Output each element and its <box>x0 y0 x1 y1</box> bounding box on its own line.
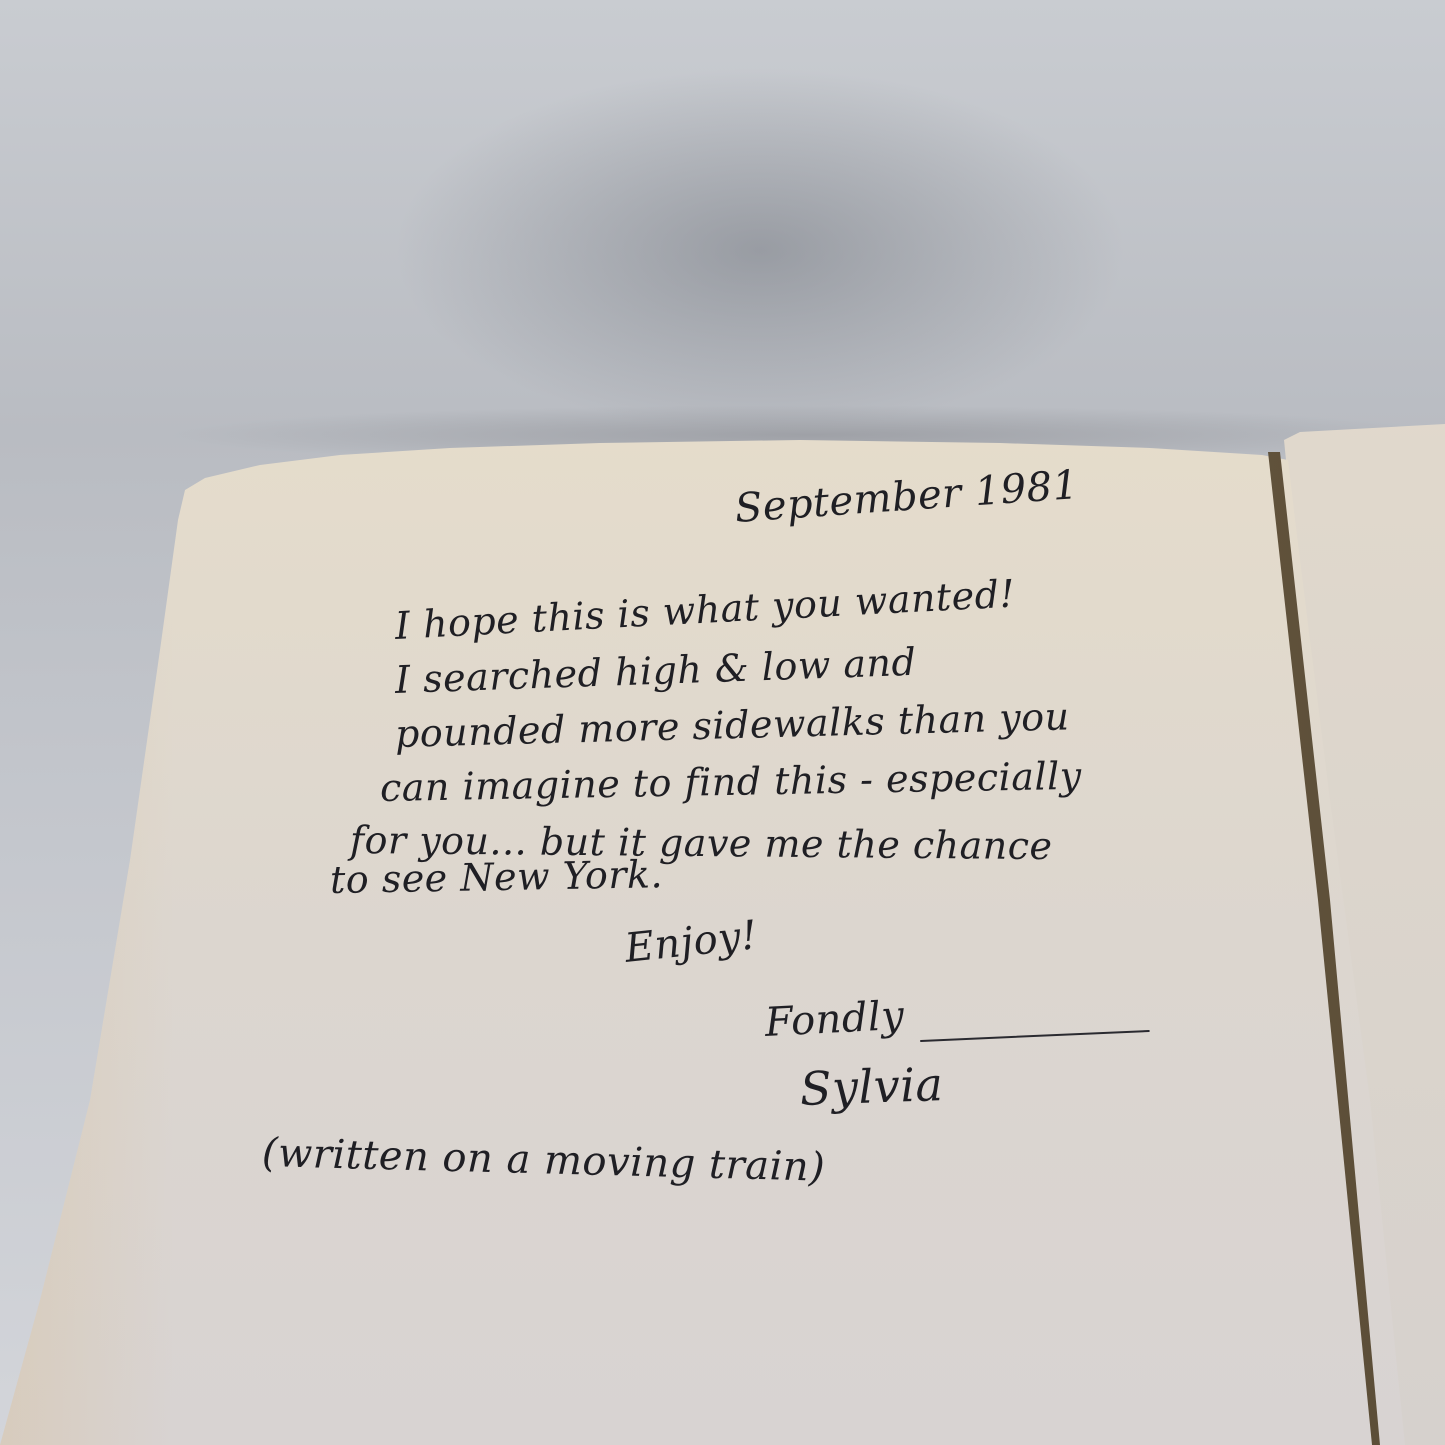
inscription-closing: Fondly <box>764 993 906 1046</box>
inscription-line: to see New York. <box>330 852 664 902</box>
inscription-signature: Sylvia <box>799 1057 944 1116</box>
